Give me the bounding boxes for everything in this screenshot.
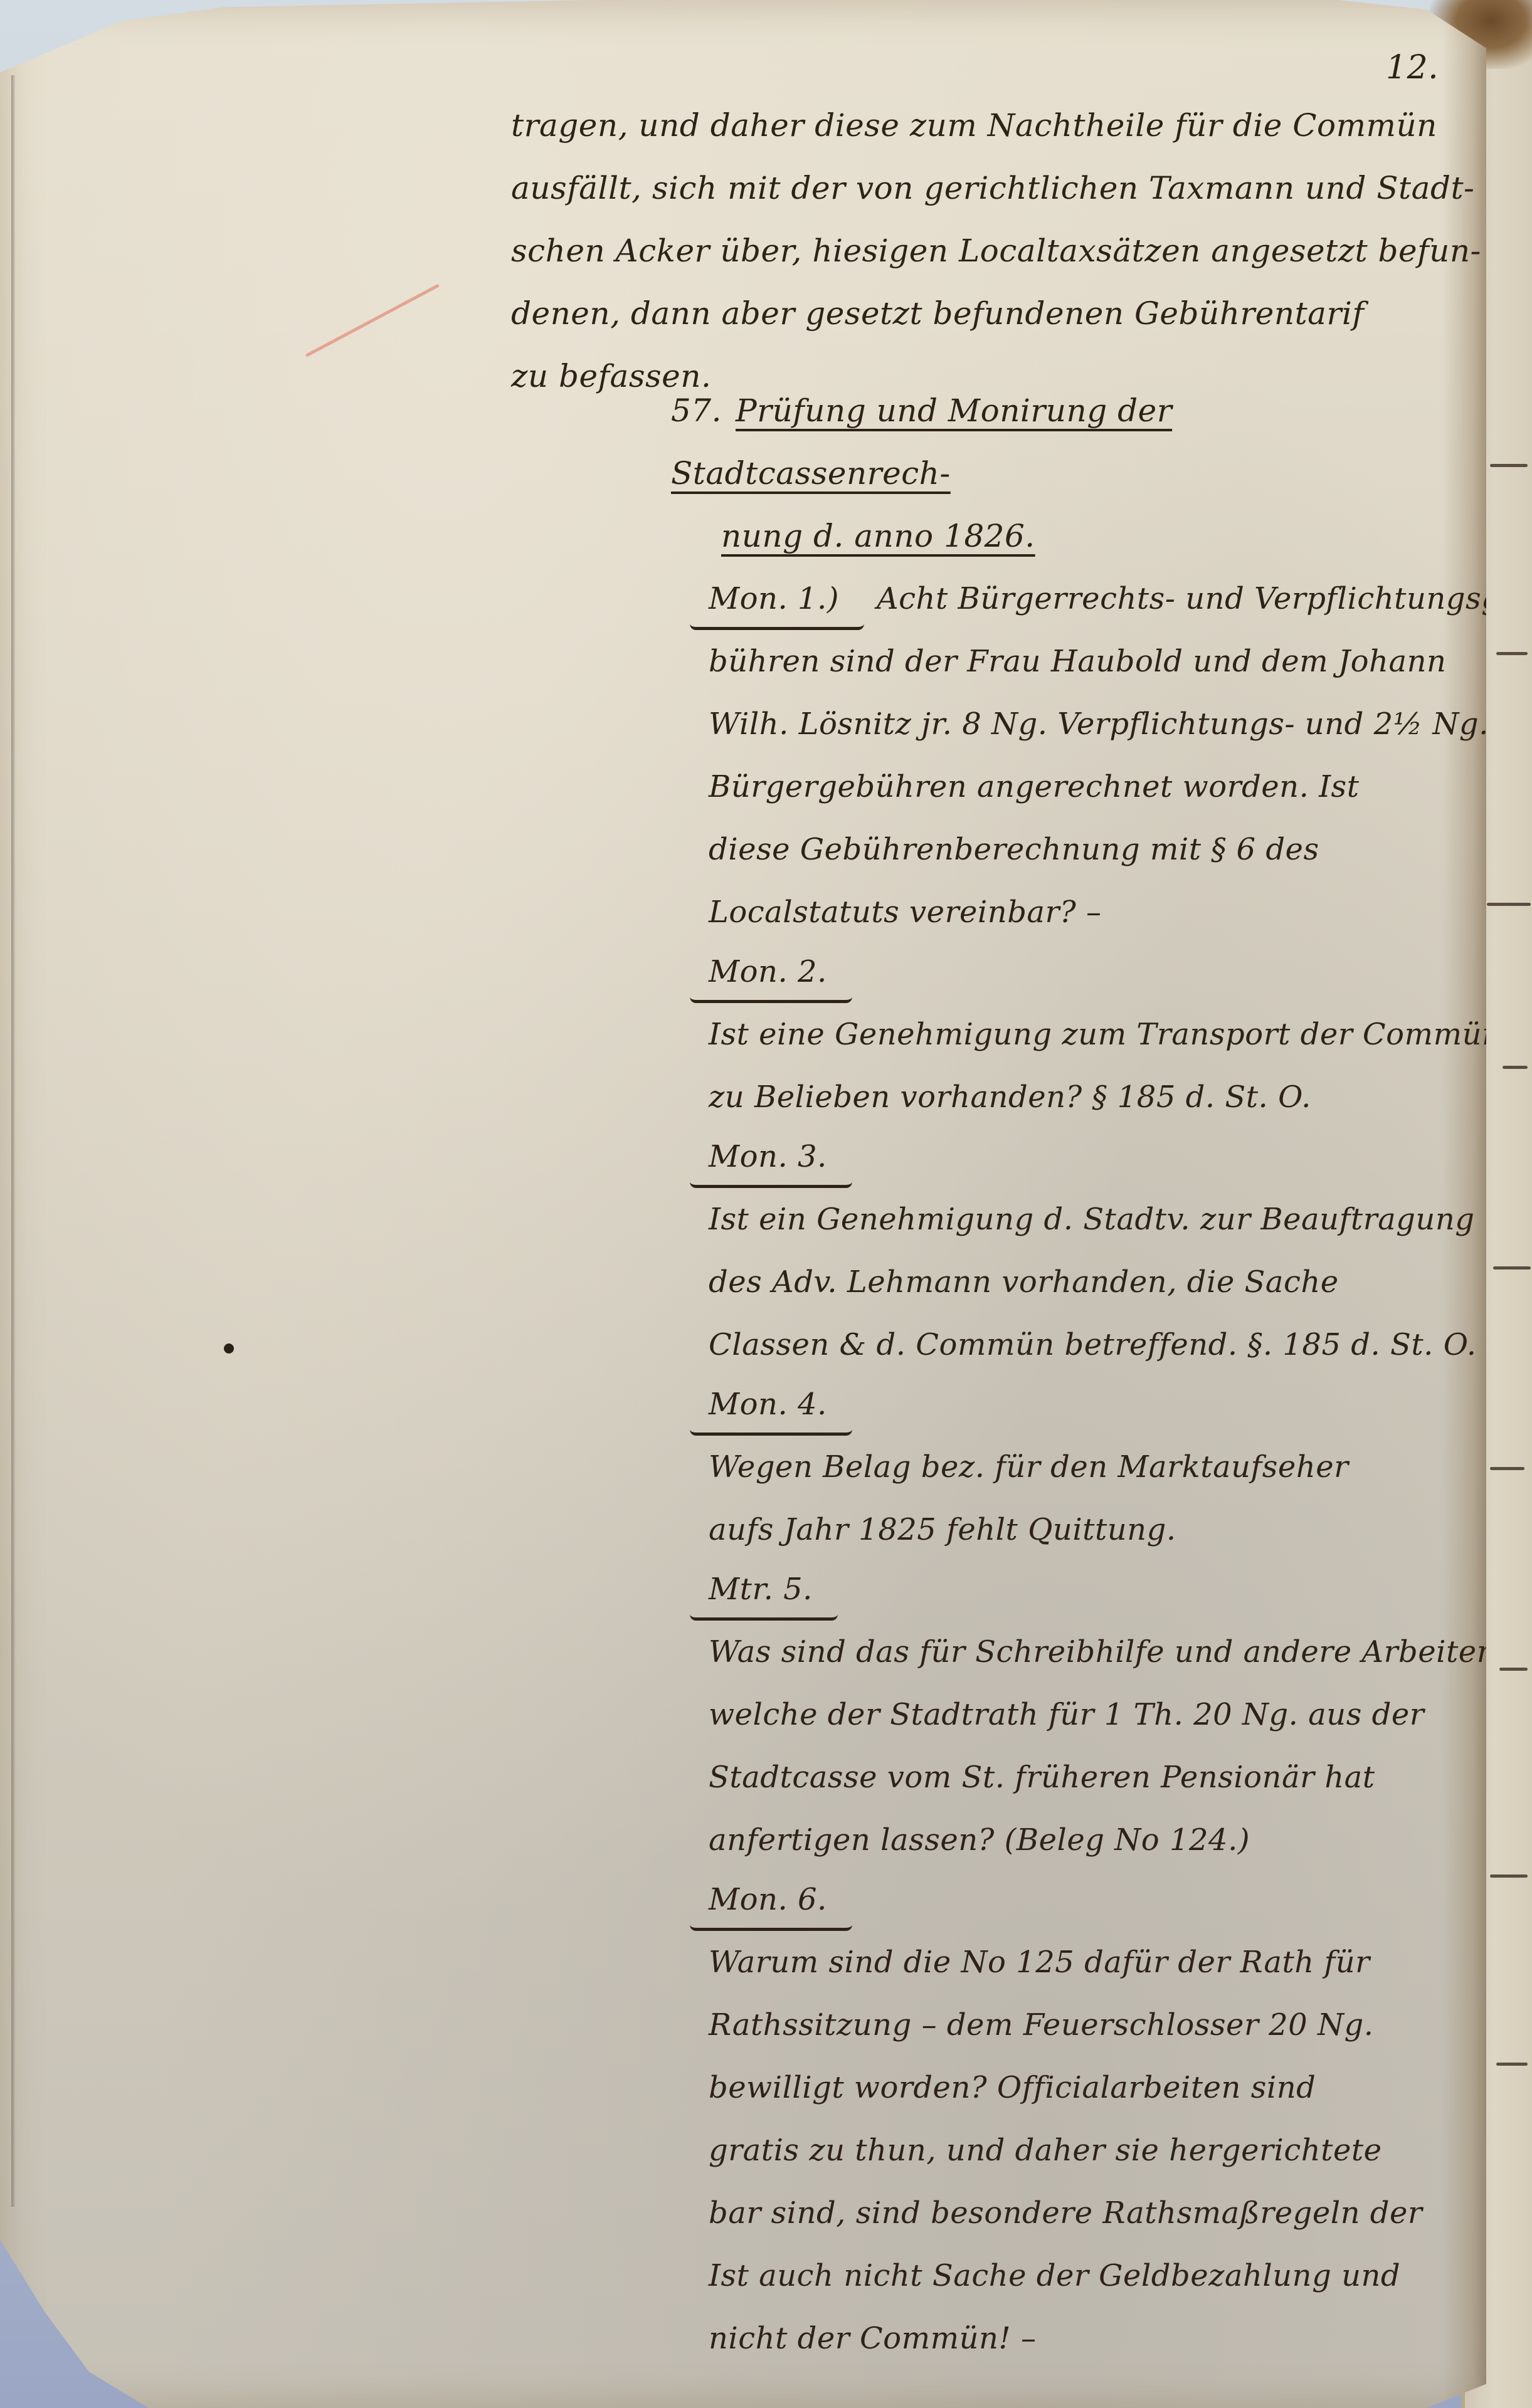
monitum-line: welche der Stadtrath für 1 Th. 20 Ng. au… (709, 1683, 1461, 1746)
monitum-label: Mon. 1.) (690, 570, 864, 630)
section-57: 57.Prüfung und Monirung der Stadtcassenr… (671, 379, 1461, 2370)
monitum-1: Mon. 1.)Acht Bürgerrechts- und Verpflich… (709, 567, 1461, 944)
red-pencil-mark (305, 284, 440, 357)
monitum-3: Mon. 3. Ist ein Genehmigung d. Stadtv. z… (709, 1128, 1461, 1376)
monitum-line: Stadtcasse vom St. früheren Pensionär ha… (709, 1746, 1461, 1809)
paragraph-line: denen, dann aber gesetzt befundenen Gebü… (511, 282, 1477, 345)
page-number: 12. (1386, 49, 1439, 87)
monitum-6: Mon. 6. Warum sind die No 125 dafür der … (709, 1871, 1461, 2370)
monitum-line: Ist eine Genehmigung zum Transport der C… (709, 1003, 1461, 1066)
ink-spot (224, 1343, 234, 1354)
monitum-line: Wilh. Lösnitz jr. 8 Ng. Verpflichtungs- … (709, 693, 1461, 755)
monitum-label: Mtr. 5. (690, 1561, 838, 1621)
monitum-line: des Adv. Lehmann vorhanden, die Sache (709, 1251, 1461, 1313)
monitum-line: Rathssitzung – dem Feuerschlosser 20 Ng. (709, 1994, 1461, 2056)
monitum-label: Mon. 6. (690, 1871, 852, 1931)
monitum-5: Mtr. 5. Was sind das für Schreibhilfe un… (709, 1561, 1461, 1871)
monitum-line: Localstatuts vereinbar? – (709, 881, 1461, 944)
monitum-line: gratis zu thun, und daher sie hergericht… (709, 2119, 1461, 2182)
monitum-line: bar sind, sind besondere Rathsmaßregeln … (709, 2182, 1461, 2244)
monitum-line: aufs Jahr 1825 fehlt Quittung. (709, 1498, 1461, 1561)
paragraph-line: ausfällt, sich mit der von gerichtlichen… (511, 157, 1477, 219)
monitum-line: nicht der Commün! – (709, 2307, 1461, 2370)
monitum-label: Mon. 3. (690, 1128, 852, 1188)
section-title-line: Prüfung und Monirung der Stadtcassenrech… (671, 392, 1172, 492)
monitum-line: Classen & d. Commün betreffend. §. 185 d… (709, 1313, 1461, 1376)
monitum-line: Wegen Belag bez. für den Marktaufseher (709, 1436, 1461, 1498)
monitum-line: anfertigen lassen? (Beleg No 124.) (709, 1809, 1461, 1871)
monitum-line: Bürgergebühren angerechnet worden. Ist (709, 755, 1461, 818)
opening-paragraph: tragen, und daher diese zum Nachtheile f… (511, 94, 1477, 407)
binding-fold (11, 75, 15, 2207)
monitum-2: Mon. 2. Ist eine Genehmigung zum Transpo… (709, 944, 1461, 1128)
monitum-line: Warum sind die No 125 dafür der Rath für (709, 1931, 1461, 1994)
monitum-label: Mon. 4. (690, 1376, 852, 1436)
monitum-line: zu Belieben vorhanden? § 185 d. St. O. (709, 1066, 1461, 1128)
monitum-line: Was sind das für Schreibhilfe und andere… (709, 1621, 1461, 1683)
section-number: 57. (671, 392, 722, 429)
monitum-line: diese Gebührenberechnung mit § 6 des (709, 818, 1461, 881)
monitum-line: Ist auch nicht Sache der Geldbezahlung u… (709, 2244, 1461, 2307)
monitum-line: bühren sind der Frau Haubold und dem Joh… (709, 630, 1461, 693)
section-heading: 57.Prüfung und Monirung der Stadtcassenr… (671, 379, 1461, 567)
paragraph-line: schen Acker über, hiesigen Localtaxsätze… (511, 219, 1477, 282)
manuscript-page: 12. tragen, und daher diese zum Nachthei… (0, 0, 1486, 2408)
monitum-4: Mon. 4. Wegen Belag bez. für den Marktau… (709, 1376, 1461, 1561)
paragraph-line: tragen, und daher diese zum Nachtheile f… (511, 94, 1477, 157)
monitum-line: bewilligt worden? Officialarbeiten sind (709, 2056, 1461, 2119)
section-title-line: nung d. anno 1826. (721, 518, 1035, 554)
monitum-line: Acht Bürgerrechts- und Verpflichtungsge- (877, 581, 1529, 616)
monitum-label: Mon. 2. (690, 944, 852, 1003)
monitum-line: Ist ein Genehmigung d. Stadtv. zur Beauf… (709, 1188, 1461, 1251)
